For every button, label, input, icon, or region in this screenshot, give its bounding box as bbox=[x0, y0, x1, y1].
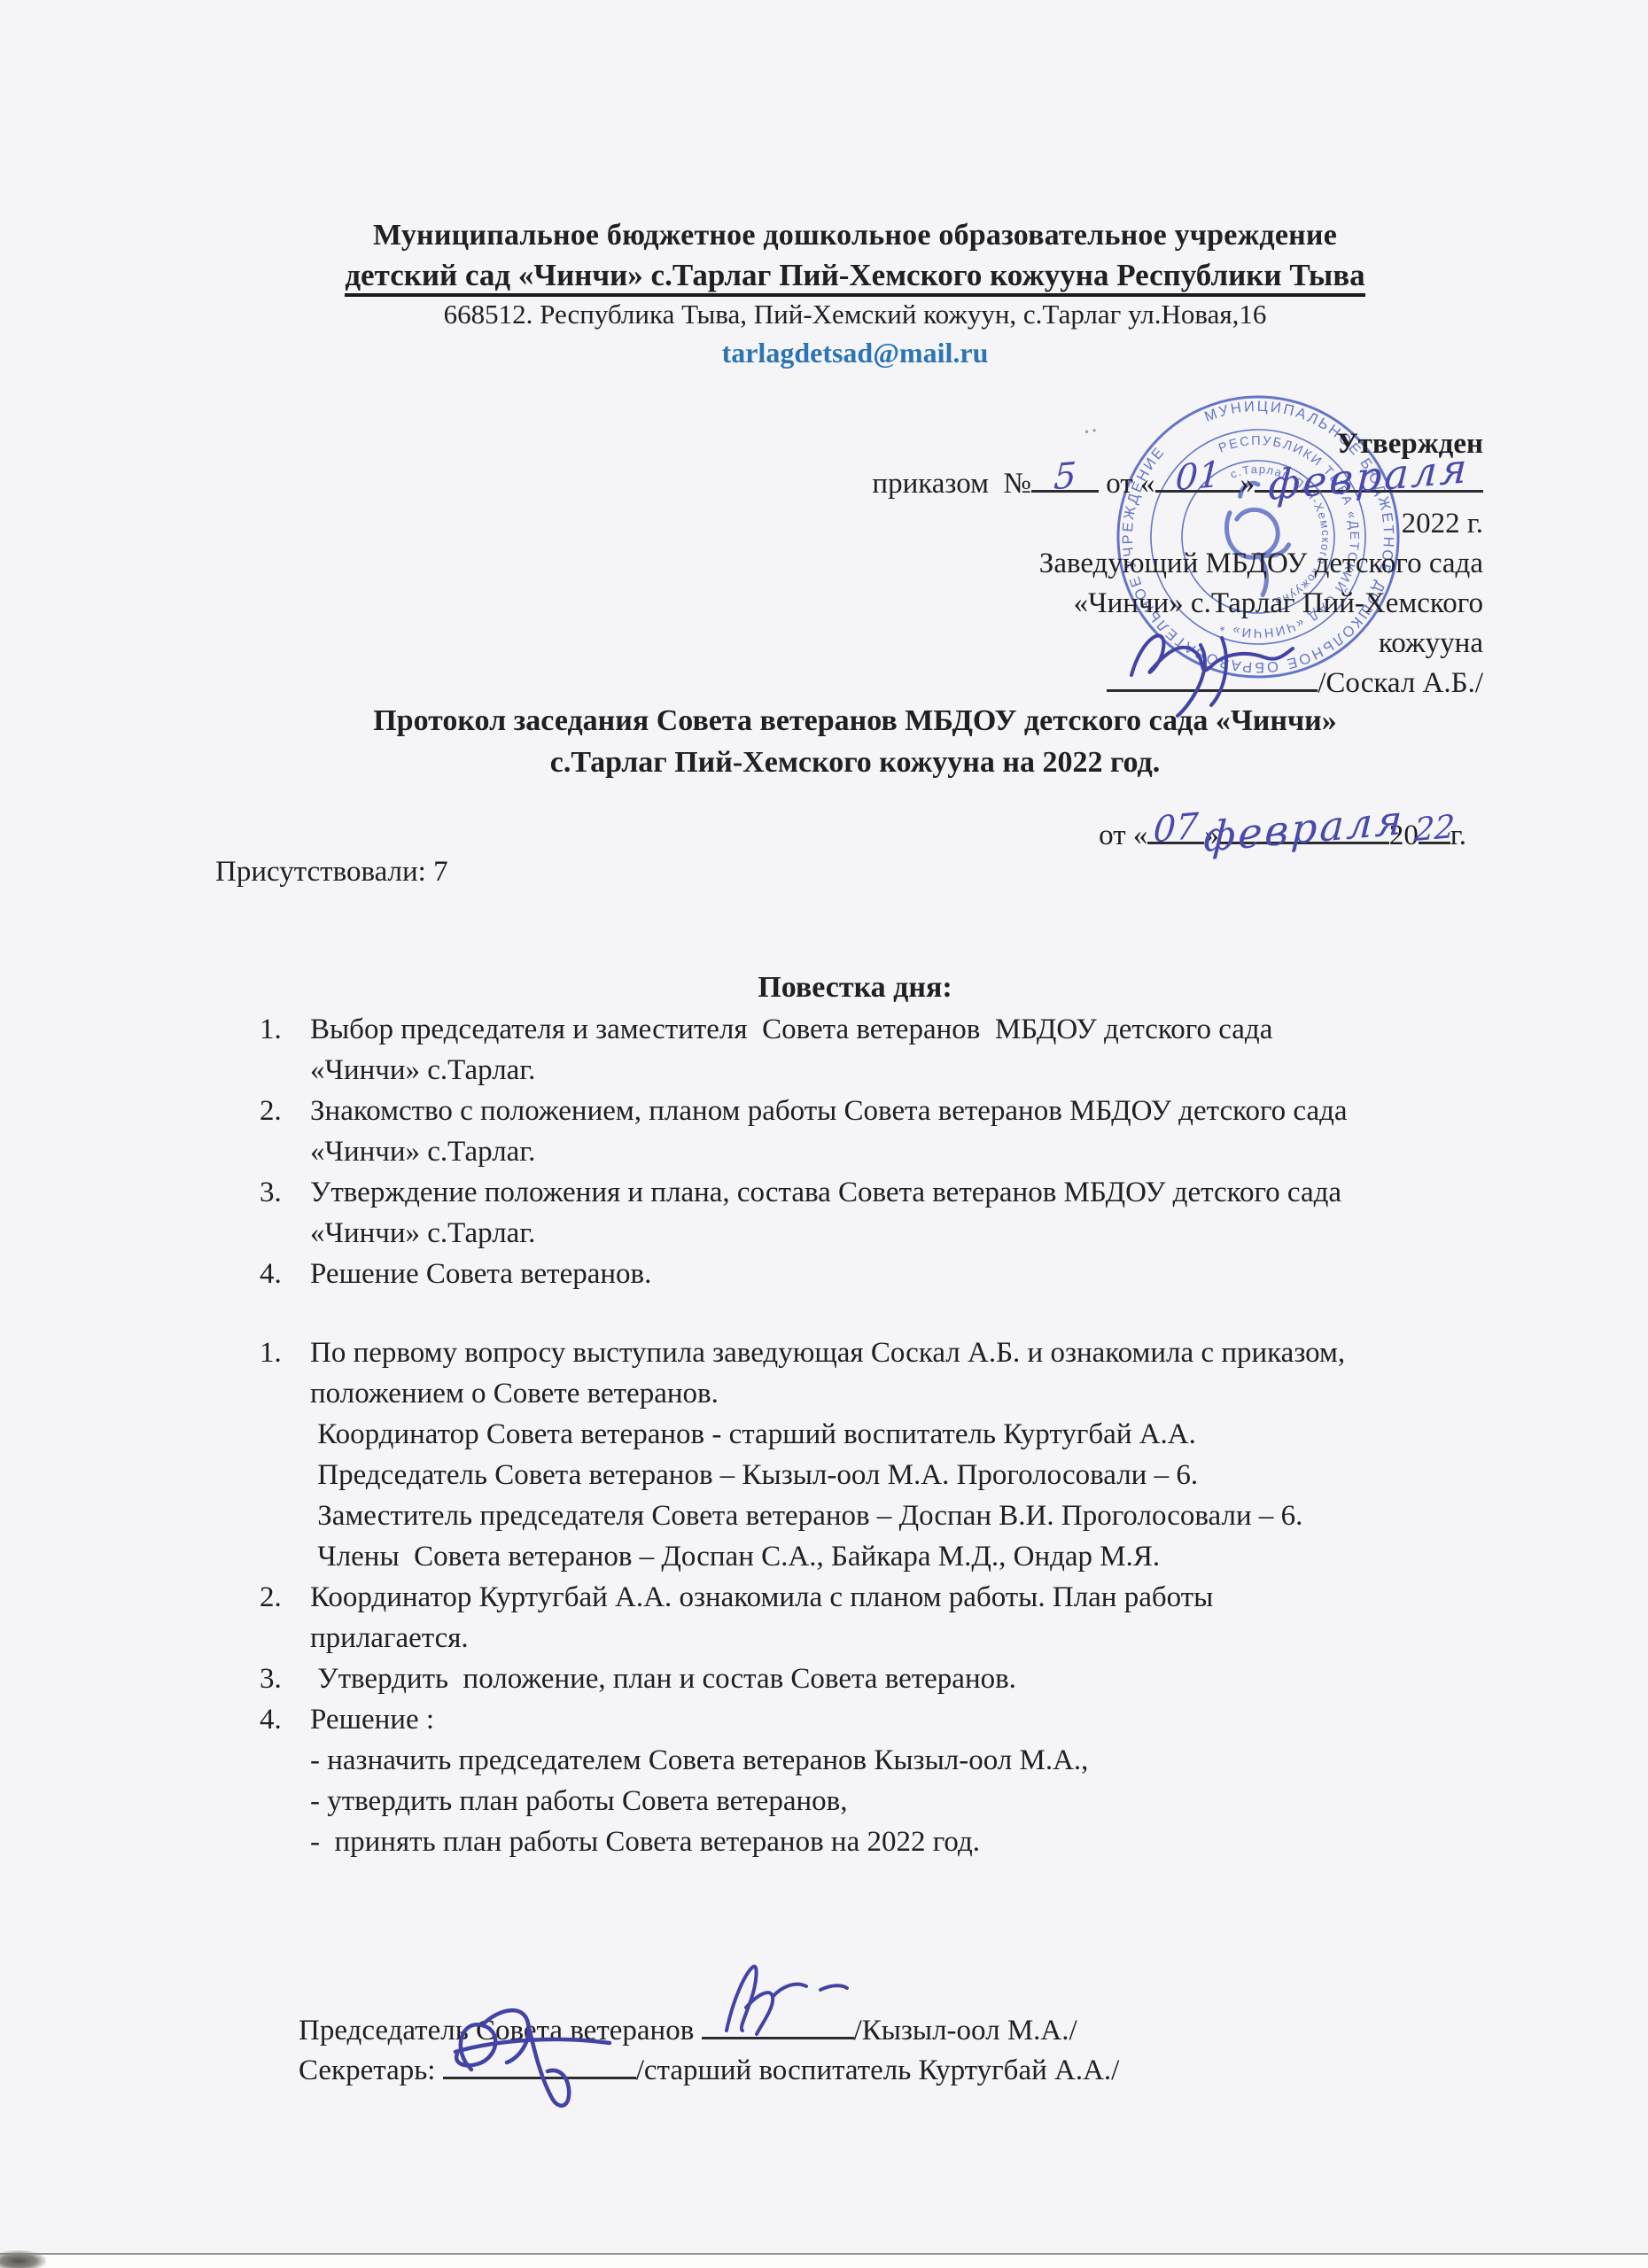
organization-name-line2: детский сад «Чинчи» с.Тарлаг Пий-Хемског… bbox=[62, 255, 1648, 295]
handwritten-date-month: февраля bbox=[1202, 800, 1405, 858]
agenda-item: 2. Знакомство с положением, планом работ… bbox=[260, 1091, 1491, 1172]
minutes-item: 2. Координатор Куртугбай А.А. ознакомила… bbox=[260, 1577, 1491, 1658]
organization-address: 668512. Республика Тыва, Пий-Хемский кож… bbox=[62, 295, 1648, 333]
date-year-blank: 22 bbox=[1419, 842, 1450, 844]
signature-block: Председатель Совета ветеранов /Кызыл-оол… bbox=[299, 2011, 1119, 2091]
approval-signature-blank bbox=[1107, 689, 1318, 692]
chair-signature-blank bbox=[702, 2037, 854, 2039]
minutes-item: 4. Решение :- назначить председателем Со… bbox=[260, 1699, 1491, 1862]
scanned-document-page: Муниципальное бюджетное дошкольное образ… bbox=[0, 0, 1648, 2268]
approval-order-line: приказом №5 от «01»февраля 2022 г. bbox=[810, 464, 1483, 544]
secretary-signature-blank bbox=[443, 2077, 636, 2079]
scan-bottom-strip bbox=[0, 2255, 1648, 2268]
scan-smudge bbox=[0, 2250, 46, 2268]
order-month-blank: февраля bbox=[1255, 490, 1483, 493]
secretary-signature-line: Секретарь: /старший воспитатель Куртугба… bbox=[299, 2051, 1119, 2091]
agenda-item: 4. Решение Совета ветеранов. bbox=[260, 1254, 1491, 1294]
agenda-heading: Повестка дня: bbox=[62, 967, 1648, 1008]
minutes-item: 1. По первому вопросу выступила заведующ… bbox=[260, 1332, 1491, 1577]
approval-head-line1: Заведующий МБДОУ детского сада bbox=[810, 544, 1483, 584]
handwritten-date-day: 07 bbox=[1153, 807, 1200, 851]
agenda-item: 3. Утверждение положения и плана, состав… bbox=[260, 1172, 1491, 1254]
approval-head-line2: «Чинчи» с.Тарлаг Пий-Хемского bbox=[810, 584, 1483, 624]
minutes-list: 1. По первому вопросу выступила заведующ… bbox=[260, 1332, 1491, 1862]
date-month-blank: февраля bbox=[1219, 842, 1389, 844]
minutes-item: 3. Утвердить положение, план и состав Со… bbox=[260, 1658, 1491, 1699]
chair-signature-line: Председатель Совета ветеранов /Кызыл-оол… bbox=[299, 2011, 1119, 2051]
order-number-blank: 5 bbox=[1031, 490, 1099, 493]
agenda-item: 1. Выбор председателя и заместителя Сове… bbox=[260, 1009, 1491, 1091]
handwritten-date-year: 22 bbox=[1413, 807, 1456, 850]
handwritten-order-number: 5 bbox=[1053, 456, 1077, 499]
document-header: Муниципальное бюджетное дошкольное образ… bbox=[62, 215, 1648, 372]
document-title: Протокол заседания Совета ветеранов МБДО… bbox=[62, 700, 1648, 783]
approval-block: Утвержден приказом №5 от «01»февраля 202… bbox=[810, 424, 1483, 703]
approval-signer-name: /Соскал А.Б./ bbox=[1318, 667, 1483, 699]
attendees-count: Присутствовали: 7 bbox=[215, 852, 448, 892]
organization-email: tarlagdetsad@mail.ru bbox=[62, 333, 1648, 372]
order-day-blank: 01 bbox=[1155, 490, 1240, 493]
protocol-date-line: от «07»февраля2022г. bbox=[1099, 816, 1466, 856]
date-day-blank: 07 bbox=[1147, 842, 1204, 844]
approval-signature-line: /Соскал А.Б./ bbox=[810, 664, 1483, 703]
approval-head-line3: кожууна bbox=[810, 624, 1483, 664]
handwritten-order-day: 01 bbox=[1174, 455, 1221, 500]
chair-signature bbox=[707, 1956, 858, 2040]
agenda-list: 1. Выбор председателя и заместителя Сове… bbox=[260, 1009, 1491, 1294]
organization-name-line1: Муниципальное бюджетное дошкольное образ… bbox=[62, 215, 1648, 255]
